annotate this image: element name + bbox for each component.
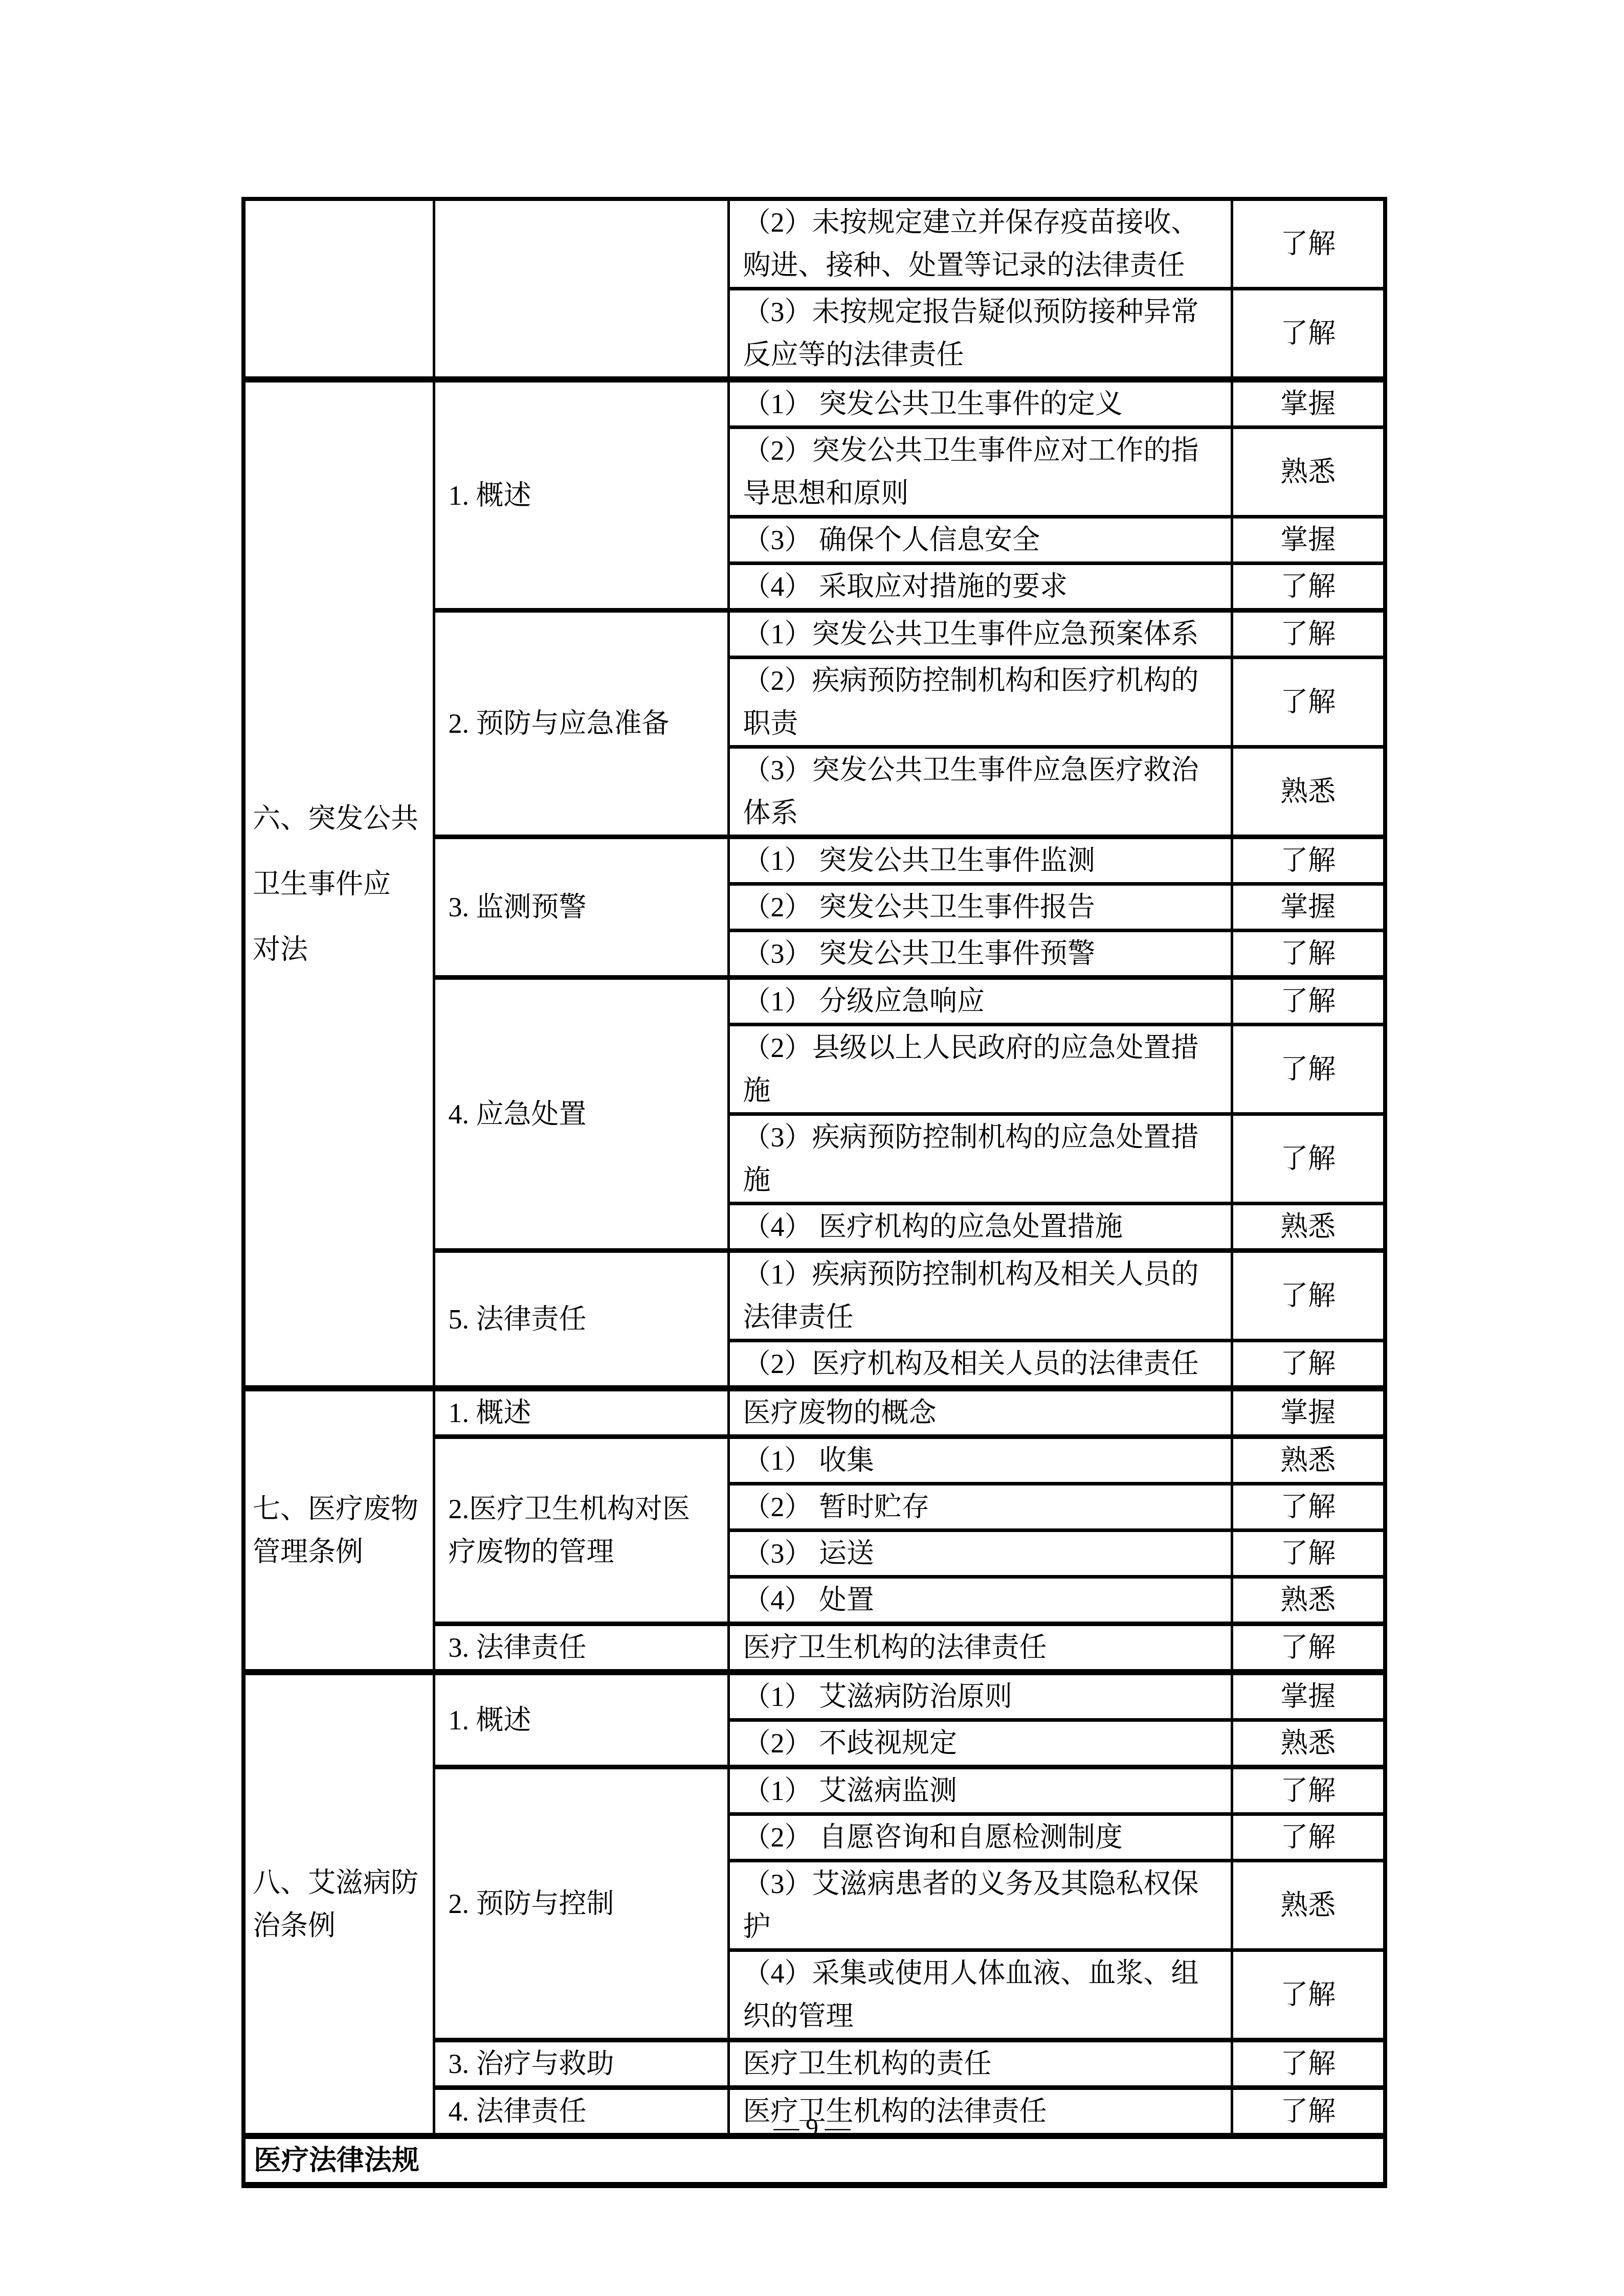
item-cell: （4）采集或使用人体血液、血浆、组 织的管理 — [728, 1950, 1232, 2040]
level-cell: 了解 — [1232, 1025, 1385, 1114]
table-row: 六、突发公共 卫生事件应 对法1. 概述（1） 突发公共卫生事件的定义掌握 — [243, 379, 1385, 427]
item-cell: （2）医疗机构及相关人员的法律责任 — [728, 1341, 1232, 1389]
item-cell: 医疗卫生机构的法律责任 — [728, 1624, 1232, 1673]
item-cell: （3）疾病预防控制机构的应急处置措 施 — [728, 1114, 1232, 1204]
level-cell: 了解 — [1232, 2040, 1385, 2088]
item-cell: （1） 收集 — [728, 1437, 1232, 1484]
level-cell: 了解 — [1232, 1624, 1385, 1673]
subsection-cell: 2. 预防与应急准备 — [434, 611, 728, 837]
level-cell: 掌握 — [1232, 1672, 1385, 1720]
item-cell: （4） 采取应对措施的要求 — [728, 564, 1232, 611]
item-cell: 医疗废物的概念 — [728, 1388, 1232, 1437]
level-cell: 了解 — [1232, 564, 1385, 611]
level-cell: 了解 — [1232, 289, 1385, 380]
page-number: — 9 — — [0, 2112, 1624, 2143]
item-cell: （1） 分级应急响应 — [728, 978, 1232, 1025]
table-row: （2）未按规定建立并保存疫苗接收、 购进、接种、处置等记录的法律责任了解 — [243, 199, 1385, 289]
table-row: 医疗法律法规 — [243, 2136, 1385, 2185]
level-cell: 熟悉 — [1232, 1720, 1385, 1767]
level-cell: 熟悉 — [1232, 1437, 1385, 1484]
level-cell: 了解 — [1232, 1530, 1385, 1577]
item-cell: （3）未按规定报告疑似预防接种异常 反应等的法律责任 — [728, 289, 1232, 380]
subsection-cell: 1. 概述 — [434, 1672, 728, 1767]
item-cell: （3） 运送 — [728, 1530, 1232, 1577]
level-cell: 掌握 — [1232, 379, 1385, 427]
level-cell: 了解 — [1232, 658, 1385, 747]
item-cell: （3） 突发公共卫生事件预警 — [728, 931, 1232, 978]
level-cell: 了解 — [1232, 931, 1385, 978]
level-cell: 熟悉 — [1232, 1577, 1385, 1624]
item-cell: （1） 突发公共卫生事件监测 — [728, 837, 1232, 884]
item-cell: （4） 医疗机构的应急处置措施 — [728, 1204, 1232, 1251]
level-cell: 了解 — [1232, 199, 1385, 289]
table-row: 八、艾滋病防 治条例1. 概述（1） 艾滋病防治原则掌握 — [243, 1672, 1385, 1720]
section-cell: 六、突发公共 卫生事件应 对法 — [243, 379, 434, 1388]
level-cell: 了解 — [1232, 1114, 1385, 1204]
item-cell: （3）突发公共卫生事件应急医疗救治 体系 — [728, 747, 1232, 837]
level-cell: 掌握 — [1232, 517, 1385, 564]
level-cell: 了解 — [1232, 1950, 1385, 2040]
item-cell: （4） 处置 — [728, 1577, 1232, 1624]
continuation-section-cell — [243, 199, 434, 379]
level-cell: 熟悉 — [1232, 427, 1385, 517]
level-cell: 了解 — [1232, 837, 1385, 884]
item-cell: （2）疾病预防控制机构和医疗机构的 职责 — [728, 658, 1232, 747]
level-cell: 掌握 — [1232, 884, 1385, 931]
level-cell: 熟悉 — [1232, 1861, 1385, 1950]
item-cell: （1）疾病预防控制机构及相关人员的 法律责任 — [728, 1251, 1232, 1341]
level-cell: 了解 — [1232, 611, 1385, 658]
level-cell: 掌握 — [1232, 1388, 1385, 1437]
level-cell: 熟悉 — [1232, 747, 1385, 837]
subsection-cell: 1. 概述 — [434, 379, 728, 611]
item-cell: （2） 自愿咨询和自愿检测制度 — [728, 1814, 1232, 1861]
item-cell: （2） 不歧视规定 — [728, 1720, 1232, 1767]
item-cell: （2）县级以上人民政府的应急处置措 施 — [728, 1025, 1232, 1114]
item-cell: （3） 确保个人信息安全 — [728, 517, 1232, 564]
item-cell: （2）未按规定建立并保存疫苗接收、 购进、接种、处置等记录的法律责任 — [728, 199, 1232, 289]
subsection-cell: 3. 治疗与救助 — [434, 2040, 728, 2088]
subsection-cell: 5. 法律责任 — [434, 1251, 728, 1389]
subsection-cell: 3. 法律责任 — [434, 1624, 728, 1673]
level-cell: 了解 — [1232, 1251, 1385, 1341]
subsection-cell: 4. 应急处置 — [434, 978, 728, 1251]
section-cell: 七、医疗废物 管理条例 — [243, 1388, 434, 1672]
subsection-cell: 2. 预防与控制 — [434, 1767, 728, 2040]
document-page: （2）未按规定建立并保存疫苗接收、 购进、接种、处置等记录的法律责任了解（3）未… — [0, 0, 1624, 2296]
item-cell: （2）突发公共卫生事件应对工作的指 导思想和原则 — [728, 427, 1232, 517]
table-row: 七、医疗废物 管理条例1. 概述医疗废物的概念掌握 — [243, 1388, 1385, 1437]
item-cell: （2） 暂时贮存 — [728, 1484, 1232, 1530]
subsection-cell: 3. 监测预警 — [434, 837, 728, 978]
subsection-cell: 2.医疗卫生机构对医 疗废物的管理 — [434, 1437, 728, 1624]
item-cell: （2） 突发公共卫生事件报告 — [728, 884, 1232, 931]
subsection-cell: 1. 概述 — [434, 1388, 728, 1437]
level-cell: 了解 — [1232, 1484, 1385, 1530]
syllabus-table-body: （2）未按规定建立并保存疫苗接收、 购进、接种、处置等记录的法律责任了解（3）未… — [243, 199, 1385, 2185]
continuation-subsection-cell — [434, 199, 728, 379]
item-cell: （3）艾滋病患者的义务及其隐私权保 护 — [728, 1861, 1232, 1950]
level-cell: 了解 — [1232, 1341, 1385, 1389]
syllabus-table: （2）未按规定建立并保存疫苗接收、 购进、接种、处置等记录的法律责任了解（3）未… — [241, 197, 1387, 2188]
level-cell: 熟悉 — [1232, 1204, 1385, 1251]
section-cell: 八、艾滋病防 治条例 — [243, 1672, 434, 2136]
item-cell: （1）突发公共卫生事件应急预案体系 — [728, 611, 1232, 658]
footer-section-cell: 医疗法律法规 — [243, 2136, 1385, 2185]
item-cell: （1） 艾滋病防治原则 — [728, 1672, 1232, 1720]
level-cell: 了解 — [1232, 1767, 1385, 1814]
item-cell: 医疗卫生机构的责任 — [728, 2040, 1232, 2088]
item-cell: （1） 突发公共卫生事件的定义 — [728, 379, 1232, 427]
item-cell: （1） 艾滋病监测 — [728, 1767, 1232, 1814]
level-cell: 了解 — [1232, 1814, 1385, 1861]
level-cell: 了解 — [1232, 978, 1385, 1025]
